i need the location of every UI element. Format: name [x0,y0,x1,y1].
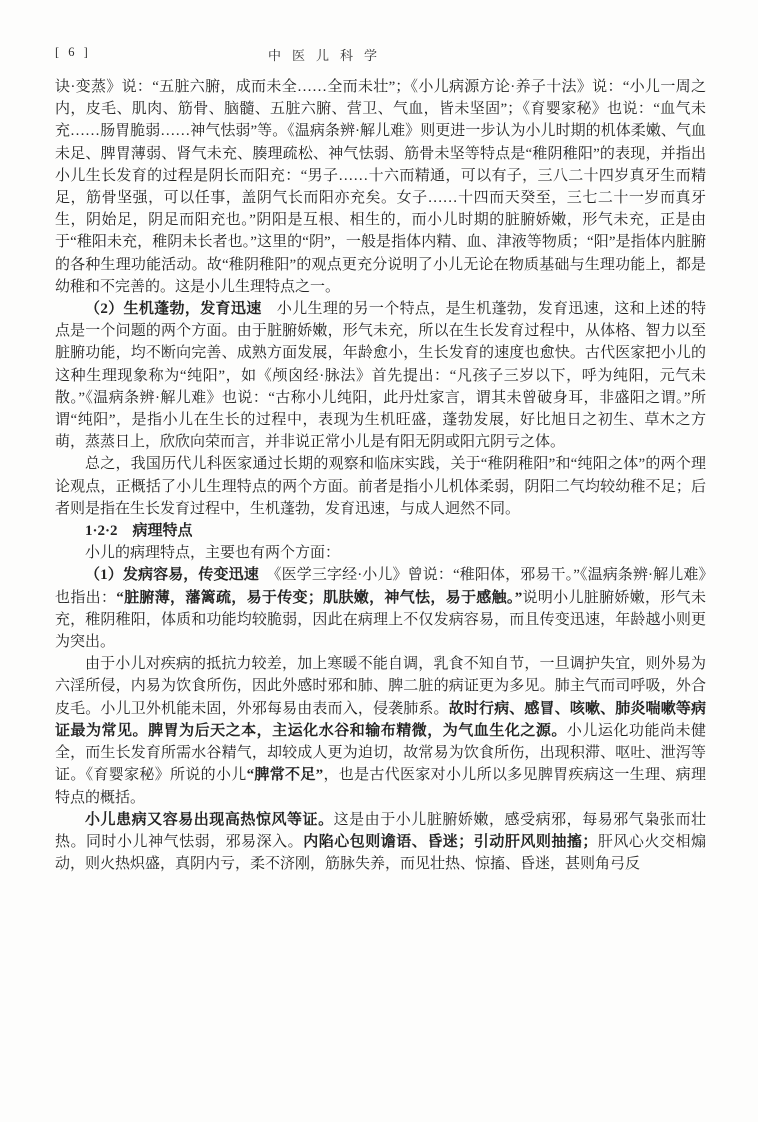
paragraph: 小儿的病理特点，主要也有两个方面： [55,542,706,564]
text-run: （1）发病容易，传变迅速 [85,567,259,583]
paragraph: （2）生机蓬勃，发育迅速 小儿生理的另一个特点，是生机蓬勃，发育迅速，这和上述的… [55,298,706,453]
book-page: [ 6 ] 中医儿科学 诀·变蒸》说：“五脏六腑，成而未全……全而未壮”；《小儿… [0,0,758,1122]
text-run: （2）生机蓬勃，发育迅速 [85,301,262,317]
running-title: 中医儿科学 [268,45,388,64]
text-run: “脏腑薄，藩篱疏，易于传变；肌肤嫩，神气怯，易于感触。” [116,590,522,606]
text-run: 小儿生理的另一个特点，是生机蓬勃，发育迅速，这和上述的特点是一个问题的两个方面。… [55,301,706,450]
text-run: 总之，我国历代儿科医家通过长期的观察和临床实践，关于“稚阴稚阳”和“纯阳之体”的… [55,456,706,516]
text-run: 小儿患病又容易出现高热惊风等证。 [85,812,334,828]
paragraph: 由于小儿对疾病的抵抗力较差，加上寒暖不能自调，乳食不知自节，一旦调护失宜，则外易… [55,653,706,808]
page-number: [ 6 ] [55,45,91,60]
paragraph: 总之，我国历代儿科医家通过长期的观察和临床实践，关于“稚阴稚阳”和“纯阳之体”的… [55,453,706,520]
body-text: 诀·变蒸》说：“五脏六腑，成而未全……全而未壮”；《小儿病源方论·养子十法》说：… [55,76,706,875]
paragraph: 小儿患病又容易出现高热惊风等证。这是由于小儿脏腑娇嫩，感受病邪，每易邪气枭张而壮… [55,809,706,876]
text-run: 小儿的病理特点，主要也有两个方面： [85,545,340,561]
page-content: [ 6 ] 中医儿科学 诀·变蒸》说：“五脏六腑，成而未全……全而未壮”；《小儿… [55,45,706,875]
section-heading: 1·2·2 病理特点 [55,520,706,542]
paragraph: 诀·变蒸》说：“五脏六腑，成而未全……全而未壮”；《小儿病源方论·养子十法》说：… [55,76,706,298]
paragraph: （1）发病容易，传变迅速 《医学三字经·小儿》曾说：“稚阳体，邪易干。”《温病条… [55,564,706,653]
text-run: 内陷心包则谵语、昏迷；引动肝风则抽搐； [303,834,597,850]
text-run: 1·2·2 病理特点 [85,523,193,539]
page-header: [ 6 ] 中医儿科学 [55,45,706,60]
text-run: 诀·变蒸》说：“五脏六腑，成而未全……全而未壮”；《小儿病源方论·养子十法》说：… [55,79,706,295]
text-run: “脾常不足” [247,767,324,783]
